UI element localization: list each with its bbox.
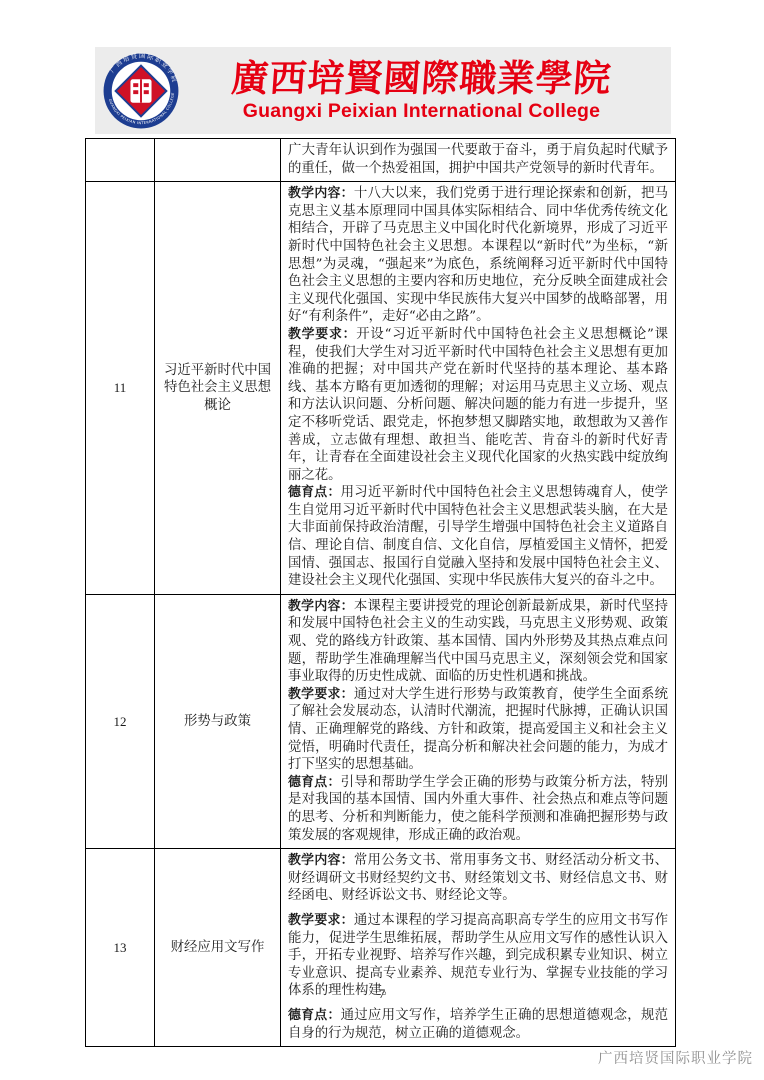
page-number: 7 [0, 986, 764, 1002]
course-name-cell: 财经应用文写作 [155, 849, 281, 1047]
table-row: 12 形势与政策 教学内容：本课程主要讲授党的理论创新最新成果，新时代坚持和发展… [86, 594, 676, 848]
content-paragraph: 德育点：用习近平新时代中国特色社会主义思想铸魂育人，使学生自觉用习近平新时代中国… [288, 484, 668, 590]
course-name-cell: 形势与政策 [155, 594, 281, 848]
college-header-band: 广西培贤国际职业学院 GUANGXI PEIXIAN INTERNATIONAL… [95, 47, 671, 134]
paragraph-label: 教学内容： [288, 599, 354, 614]
course-name-cell: 习近平新时代中国特色社会主义思想概论 [155, 182, 281, 595]
course-name-cell [155, 139, 281, 182]
course-number-cell: 11 [86, 182, 155, 595]
course-content-cell: 教学内容：常用公务文书、常用事务文书、财经活动分析文书、财经调研文书财经契约文书… [281, 849, 676, 1047]
college-seal-icon: 广西培贤国际职业学院 GUANGXI PEIXIAN INTERNATIONAL… [100, 51, 182, 131]
content-paragraph: 教学内容：常用公务文书、常用事务文书、财经活动分析文书、财经调研文书财经契约文书… [288, 852, 668, 905]
course-number-cell [86, 139, 155, 182]
content-paragraph: 德育点：通过应用文写作，培养学生正确的思想道德观念，规范自身的行为规范，树立正确… [288, 1007, 668, 1042]
content-paragraph: 教学内容：十八大以来，我们党勇于进行理论探索和创新，把马克思主义基本原理同中国具… [288, 185, 668, 326]
content-paragraph: 教学要求：通过对大学生进行形势与政策教育，使学生全面系统了解社会发展动态，认清时… [288, 686, 668, 774]
paragraph-label: 德育点： [288, 1008, 341, 1023]
content-paragraph: 教学要求：开设“习近平新时代中国特色社会主义思想概论”课程，使我们大学生对习近平… [288, 326, 668, 484]
paragraph-label: 教学要求： [288, 687, 354, 702]
footer-watermark: 广西培贤国际职业学院 [598, 1047, 753, 1068]
course-content-cell: 广大青年认识到作为强国一代要敢于奋斗，勇于肩负起时代赋予的重任，做一个热爱祖国，… [281, 139, 676, 182]
content-paragraph: 教学内容：本课程主要讲授党的理论创新最新成果，新时代坚持和发展中国特色社会主义的… [288, 598, 668, 686]
course-number-cell: 12 [86, 594, 155, 848]
paragraph-label: 德育点： [288, 485, 341, 500]
paragraph-label: 德育点： [288, 775, 341, 790]
table-row: 13 财经应用文写作 教学内容：常用公务文书、常用事务文书、财经活动分析文书、财… [86, 849, 676, 1047]
course-content-cell: 教学内容：本课程主要讲授党的理论创新最新成果，新时代坚持和发展中国特色社会主义的… [281, 594, 676, 848]
college-title-chinese: 廣西培賢國際職業學院 [181, 58, 663, 99]
course-content-cell: 教学内容：十八大以来，我们党勇于进行理论探索和创新，把马克思主义基本原理同中国具… [281, 182, 676, 595]
paragraph-label: 教学要求： [288, 327, 356, 342]
table-row: 11 习近平新时代中国特色社会主义思想概论 教学内容：十八大以来，我们党勇于进行… [86, 182, 676, 595]
paragraph-label: 教学内容： [288, 853, 354, 868]
paragraph-label: 教学内容： [288, 186, 354, 201]
course-table: 广大青年认识到作为强国一代要敢于奋斗，勇于肩负起时代赋予的重任，做一个热爱祖国，… [85, 138, 676, 1047]
content-paragraph: 广大青年认识到作为强国一代要敢于奋斗，勇于肩负起时代赋予的重任，做一个热爱祖国，… [288, 142, 668, 177]
paragraph-label: 教学要求： [288, 913, 354, 928]
college-titles: 廣西培賢國際職業學院 Guangxi Peixian International… [182, 58, 671, 123]
table-row: 广大青年认识到作为强国一代要敢于奋斗，勇于肩负起时代赋予的重任，做一个热爱祖国，… [86, 139, 676, 182]
college-title-english: Guangxi Peixian International College [182, 100, 661, 123]
course-number-cell: 13 [86, 849, 155, 1047]
content-paragraph: 德育点：引导和帮助学生学会正确的形势与政策分析方法，特别是对我国的基本国情、国内… [288, 774, 668, 844]
